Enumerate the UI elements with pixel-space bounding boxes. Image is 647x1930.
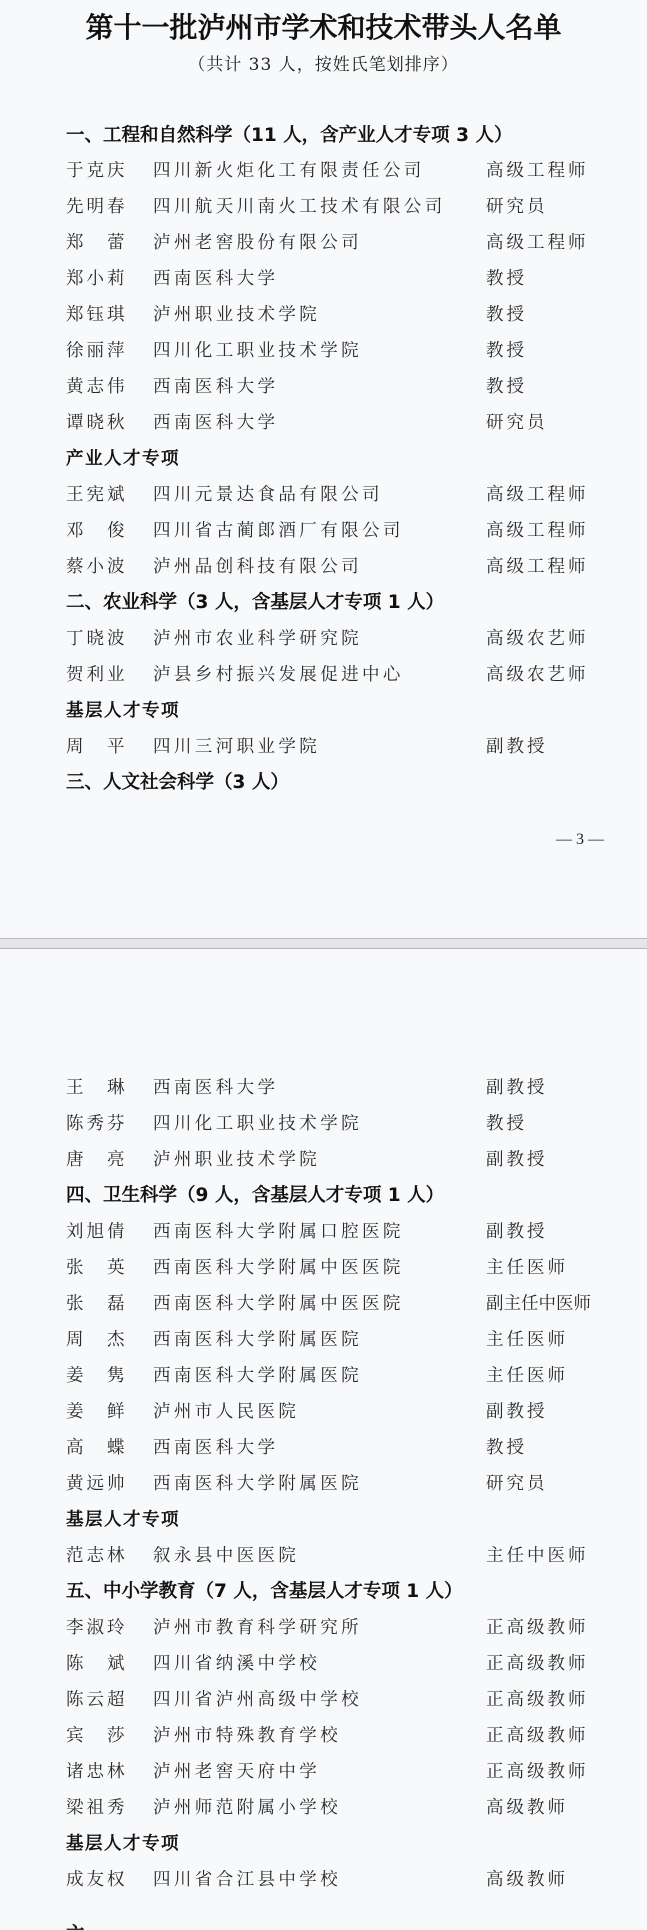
organization: 泸州职业技术学院 <box>153 301 320 329</box>
person-name: 刘旭倩 <box>66 1218 146 1246</box>
job-title: 正高级教师 <box>486 1686 589 1714</box>
job-title: 副主任中医师 <box>486 1290 591 1318</box>
organization: 叙永县中医医院 <box>153 1542 299 1570</box>
page-separator <box>0 938 647 949</box>
table-row: 王 琳西南医科大学副教授 <box>66 1074 646 1102</box>
organization: 西南医科大学附属医院 <box>153 1470 362 1498</box>
organization: 泸州市教育科学研究所 <box>153 1614 362 1642</box>
organization: 西南医科大学附属中医医院 <box>153 1254 404 1282</box>
table-row: 郑小莉西南医科大学教授 <box>66 265 646 293</box>
table-row: 张 英西南医科大学附属中医医院主任医师 <box>66 1254 646 1282</box>
person-name: 李淑玲 <box>66 1614 146 1642</box>
table-row: 成友权四川省合江县中学校高级教师 <box>66 1866 646 1894</box>
organization: 四川化工职业技术学院 <box>153 1110 362 1138</box>
job-title: 高级教师 <box>486 1866 568 1894</box>
person-name: 范志林 <box>66 1542 146 1570</box>
job-title: 正高级教师 <box>486 1758 589 1786</box>
organization: 四川元景达食品有限公司 <box>153 481 383 509</box>
person-name: 诸忠林 <box>66 1758 146 1786</box>
job-title: 高级工程师 <box>486 229 589 257</box>
person-name: 周 杰 <box>66 1326 146 1354</box>
job-title: 教授 <box>486 301 527 329</box>
table-row: 郑钰琪泸州职业技术学院教授 <box>66 301 646 329</box>
table-row: 宾 莎泸州市特殊教育学校正高级教师 <box>66 1722 646 1750</box>
table-row: 先明春四川航天川南火工技术有限公司研究员 <box>66 193 646 221</box>
job-title: 正高级教师 <box>486 1650 589 1678</box>
organization: 西南医科大学 <box>153 373 278 401</box>
table-row: 黄远帅西南医科大学附属医院研究员 <box>66 1470 646 1498</box>
table-row: 于克庆四川新火炬化工有限责任公司高级工程师 <box>66 157 646 185</box>
table-row: 姜 鲜泸州市人民医院副教授 <box>66 1398 646 1426</box>
table-row: 丁晓波泸州市农业科学研究院高级农艺师 <box>66 625 646 653</box>
job-title: 副教授 <box>486 1218 548 1246</box>
person-name: 张 英 <box>66 1254 146 1282</box>
person-name: 蔡小波 <box>66 553 146 581</box>
person-name: 成友权 <box>66 1866 146 1894</box>
organization: 泸州品创科技有限公司 <box>153 553 362 581</box>
person-name: 陈云超 <box>66 1686 146 1714</box>
person-name: 贺利业 <box>66 661 146 689</box>
table-row: 唐 亮泸州职业技术学院副教授 <box>66 1146 646 1174</box>
job-title: 副教授 <box>486 1146 548 1174</box>
job-title: 研究员 <box>486 409 548 437</box>
job-title: 正高级教师 <box>486 1722 589 1750</box>
section-heading-engineering: 一、工程和自然科学（11 人，含产业人才专项 3 人） <box>66 122 512 150</box>
table-row: 陈 斌四川省纳溪中学校正高级教师 <box>66 1650 646 1678</box>
table-row: 陈云超四川省泸州高级中学校正高级教师 <box>66 1686 646 1714</box>
person-name: 梁祖秀 <box>66 1794 146 1822</box>
organization: 四川省合江县中学校 <box>153 1866 341 1894</box>
organization: 四川省纳溪中学校 <box>153 1650 320 1678</box>
organization: 四川化工职业技术学院 <box>153 337 362 365</box>
table-row: 刘旭倩西南医科大学附属口腔医院副教授 <box>66 1218 646 1246</box>
table-row: 徐丽萍四川化工职业技术学院教授 <box>66 337 646 365</box>
table-row: 周 平四川三河职业学院副教授 <box>66 733 646 761</box>
organization: 泸州职业技术学院 <box>153 1146 320 1174</box>
person-name: 徐丽萍 <box>66 337 146 365</box>
organization: 四川新火炬化工有限责任公司 <box>153 157 425 185</box>
table-row: 蔡小波泸州品创科技有限公司高级工程师 <box>66 553 646 581</box>
person-name: 邓 俊 <box>66 517 146 545</box>
job-title: 教授 <box>486 265 527 293</box>
person-name: 唐 亮 <box>66 1146 146 1174</box>
person-name: 丁晓波 <box>66 625 146 653</box>
organization: 四川航天川南火工技术有限公司 <box>153 193 446 221</box>
job-title: 副教授 <box>486 1074 548 1102</box>
organization: 泸州市特殊教育学校 <box>153 1722 341 1750</box>
document-subtitle: （共计 33 人，按姓氏笔划排序） <box>0 50 647 75</box>
job-title: 研究员 <box>486 1470 548 1498</box>
person-name: 先明春 <box>66 193 146 221</box>
table-row: 黄志伟西南医科大学教授 <box>66 373 646 401</box>
person-name: 郑 蕾 <box>66 229 146 257</box>
organization: 西南医科大学 <box>153 1074 278 1102</box>
job-title: 研究员 <box>486 193 548 221</box>
page-number: — 3 — <box>556 831 604 849</box>
person-name: 周 平 <box>66 733 146 761</box>
table-row: 王宪斌四川元景达食品有限公司高级工程师 <box>66 481 646 509</box>
job-title: 教授 <box>486 337 527 365</box>
organization: 泸州老窖股份有限公司 <box>153 229 362 257</box>
document-title: 第十一批泸州市学术和技术带头人名单 <box>0 6 647 46</box>
table-row: 李淑玲泸州市教育科学研究所正高级教师 <box>66 1614 646 1642</box>
section-heading-humanities: 三、人文社会科学（3 人） <box>66 769 289 797</box>
special-category-heading: 产业人才专项 <box>66 445 180 473</box>
organization: 泸州师范附属小学校 <box>153 1794 341 1822</box>
job-title: 高级工程师 <box>486 157 589 185</box>
table-row: 高 蝶西南医科大学教授 <box>66 1434 646 1462</box>
person-name: 王宪斌 <box>66 481 146 509</box>
table-row: 范志林叙永县中医医院主任中医师 <box>66 1542 646 1570</box>
table-row: 陈秀芬四川化工职业技术学院教授 <box>66 1110 646 1138</box>
job-title: 高级农艺师 <box>486 625 589 653</box>
table-row: 诸忠林泸州老窖天府中学正高级教师 <box>66 1758 646 1786</box>
person-name: 黄远帅 <box>66 1470 146 1498</box>
person-name: 姜 鲜 <box>66 1398 146 1426</box>
job-title: 教授 <box>486 1110 527 1138</box>
job-title: 正高级教师 <box>486 1614 589 1642</box>
table-row: 邓 俊四川省古蔺郎酒厂有限公司高级工程师 <box>66 517 646 545</box>
section-heading-cutoff: 六、…… <box>66 1920 140 1930</box>
organization: 四川三河职业学院 <box>153 733 320 761</box>
person-name: 谭晓秋 <box>66 409 146 437</box>
job-title: 副教授 <box>486 1398 548 1426</box>
job-title: 高级农艺师 <box>486 661 589 689</box>
organization: 西南医科大学附属医院 <box>153 1326 362 1354</box>
table-row: 姜 隽西南医科大学附属医院主任医师 <box>66 1362 646 1390</box>
person-name: 宾 莎 <box>66 1722 146 1750</box>
organization: 四川省古蔺郎酒厂有限公司 <box>153 517 404 545</box>
job-title: 高级工程师 <box>486 517 589 545</box>
organization: 西南医科大学 <box>153 1434 278 1462</box>
organization: 四川省泸州高级中学校 <box>153 1686 362 1714</box>
special-category-heading: 基层人才专项 <box>66 1830 180 1858</box>
section-heading-health: 四、卫生科学（9 人，含基层人才专项 1 人） <box>66 1182 444 1210</box>
job-title: 高级教师 <box>486 1794 568 1822</box>
job-title: 高级工程师 <box>486 481 589 509</box>
job-title: 主任医师 <box>486 1254 568 1282</box>
job-title: 高级工程师 <box>486 553 589 581</box>
organization: 西南医科大学 <box>153 409 278 437</box>
organization: 泸州老窖天府中学 <box>153 1758 320 1786</box>
organization: 泸县乡村振兴发展促进中心 <box>153 661 404 689</box>
job-title: 主任医师 <box>486 1362 568 1390</box>
table-row: 周 杰西南医科大学附属医院主任医师 <box>66 1326 646 1354</box>
table-row: 郑 蕾泸州老窖股份有限公司高级工程师 <box>66 229 646 257</box>
section-heading-agriculture: 二、农业科学（3 人，含基层人才专项 1 人） <box>66 589 444 617</box>
job-title: 教授 <box>486 373 527 401</box>
job-title: 主任医师 <box>486 1326 568 1354</box>
table-row: 谭晓秋西南医科大学研究员 <box>66 409 646 437</box>
person-name: 郑小莉 <box>66 265 146 293</box>
person-name: 张 磊 <box>66 1290 146 1318</box>
organization: 西南医科大学附属中医医院 <box>153 1290 404 1318</box>
person-name: 姜 隽 <box>66 1362 146 1390</box>
person-name: 郑钰琪 <box>66 301 146 329</box>
section-heading-education: 五、中小学教育（7 人，含基层人才专项 1 人） <box>66 1578 463 1606</box>
table-row: 张 磊西南医科大学附属中医医院副主任中医师 <box>66 1290 646 1318</box>
organization: 西南医科大学 <box>153 265 278 293</box>
person-name: 王 琳 <box>66 1074 146 1102</box>
job-title: 副教授 <box>486 733 548 761</box>
organization: 西南医科大学附属口腔医院 <box>153 1218 404 1246</box>
organization: 泸州市人民医院 <box>153 1398 299 1426</box>
job-title: 教授 <box>486 1434 527 1462</box>
job-title: 主任中医师 <box>486 1542 589 1570</box>
organization: 西南医科大学附属医院 <box>153 1362 362 1390</box>
table-row: 贺利业泸县乡村振兴发展促进中心高级农艺师 <box>66 661 646 689</box>
person-name: 陈 斌 <box>66 1650 146 1678</box>
table-row: 梁祖秀泸州师范附属小学校高级教师 <box>66 1794 646 1822</box>
person-name: 高 蝶 <box>66 1434 146 1462</box>
person-name: 陈秀芬 <box>66 1110 146 1138</box>
organization: 泸州市农业科学研究院 <box>153 625 362 653</box>
special-category-heading: 基层人才专项 <box>66 1506 180 1534</box>
person-name: 于克庆 <box>66 157 146 185</box>
special-category-heading: 基层人才专项 <box>66 697 180 725</box>
person-name: 黄志伟 <box>66 373 146 401</box>
